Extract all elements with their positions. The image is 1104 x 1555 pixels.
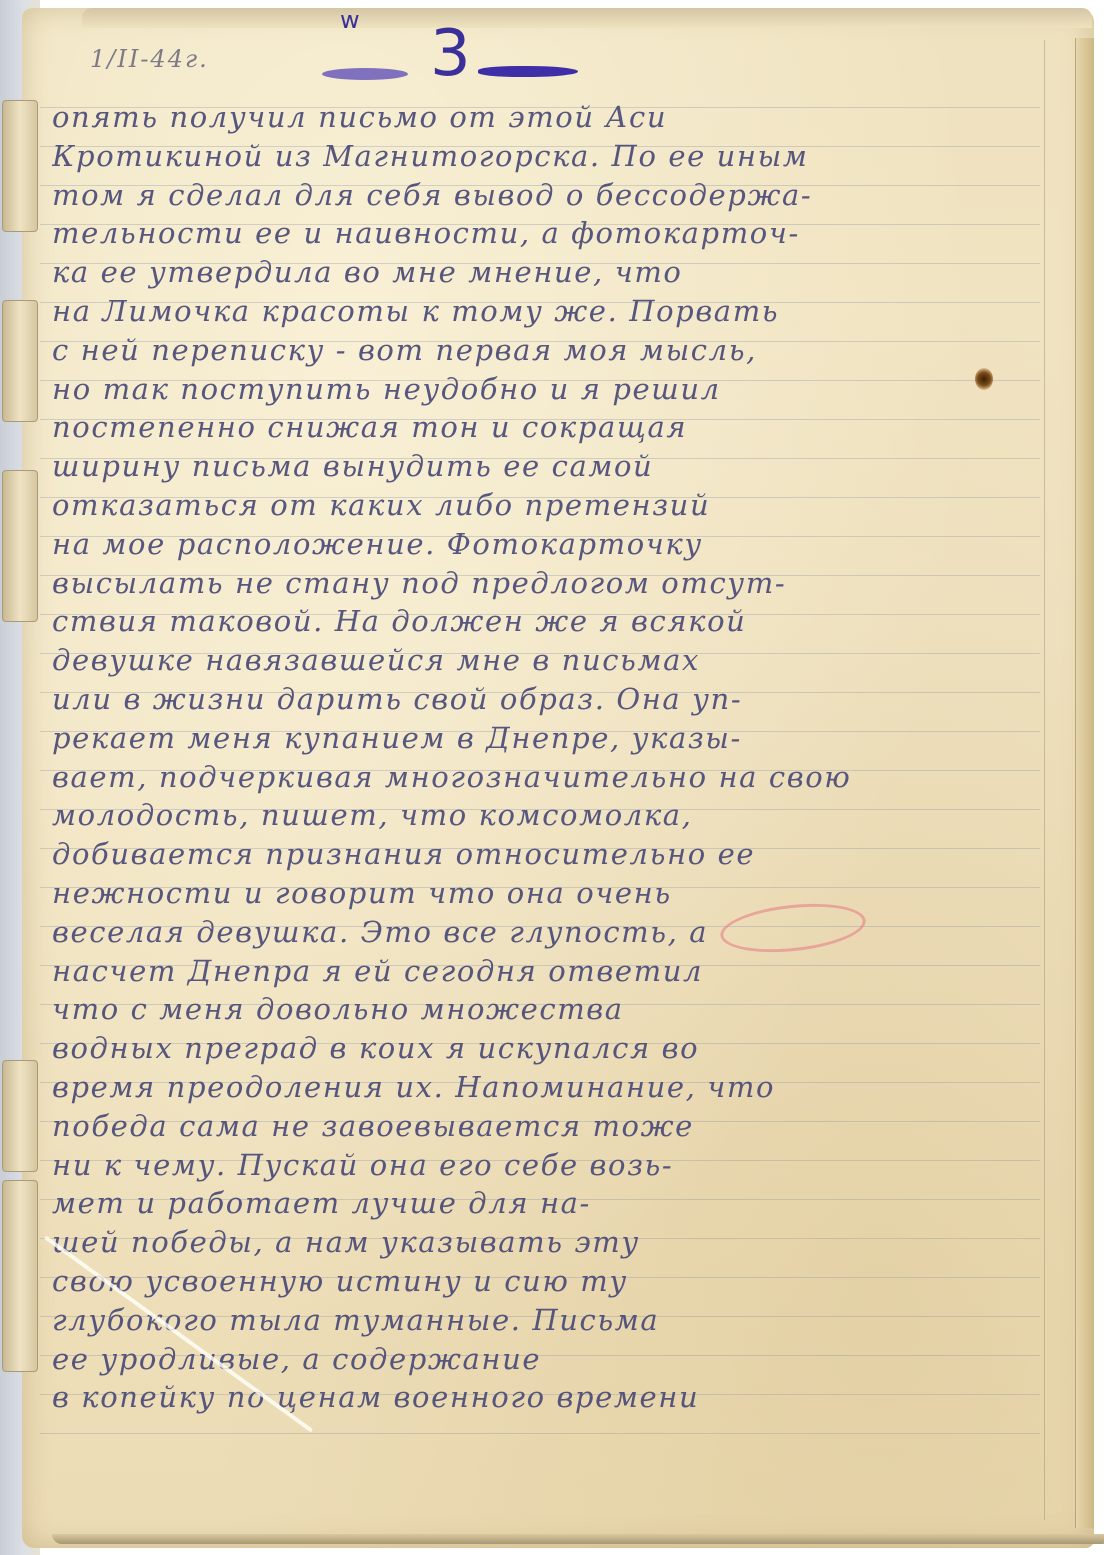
text-line: насчет Днепра я ей сегодня ответил [52,952,1052,991]
text-line: нежности и говорит что она очень [52,874,1052,913]
text-line: ширину письма вынудить ее самой [52,447,1052,486]
text-line: молодость, пишет, что комсомолка, [52,796,1052,835]
text-line: девушке навязавшейся мне в письмах [52,641,1052,680]
text-line: свою усвоенную истину и сию ту [52,1262,1052,1301]
entry-date: 1/II-44г. [90,45,209,73]
text-line: том я сделал для себя вывод о бессодержа… [52,176,1052,215]
text-line: на Лимочка красоты к тому же. Порвать [52,292,1052,331]
text-line: отказаться от каких либо претензий [52,486,1052,525]
binding-tab [2,1060,38,1172]
page-edge-right [1075,38,1094,1528]
text-line: водных преград в коих я искупался во [52,1029,1052,1068]
text-line: ее уродливые, а содержание [52,1340,1052,1379]
ink-underline-stroke [322,68,408,80]
binding-tab [2,470,38,622]
page-top-edge [82,8,1092,28]
text-line: мет и работает лучше для на- [52,1184,1052,1223]
text-line: веселая девушка. Это все глупость, а [52,913,1052,952]
text-line: тельности ее и наивности, а фотокарточ- [52,214,1052,253]
ruled-line [40,1433,1040,1434]
text-line: вает, подчеркивая многозначительно на св… [52,758,1052,797]
text-line: ни к чему. Пускай она его себе возь- [52,1146,1052,1185]
text-line: ка ее утвердила во мне мнение, что [52,253,1052,292]
page-number: 3 [430,22,471,86]
text-line: высылать не стану под предлогом отсут- [52,564,1052,603]
text-line: или в жизни дарить свой образ. Она уп- [52,680,1052,719]
text-line: время преодоления их. Напоминание, что [52,1068,1052,1107]
ink-underline-stroke [478,66,578,77]
binding-tab [2,1180,38,1372]
burn-mark [975,368,993,390]
text-line: опять получил письмо от этой Аси [52,98,1052,137]
page-mark-small: w [340,6,360,34]
binding-tab [2,300,38,422]
text-line: добивается признания относительно ее [52,835,1052,874]
page-bottom-edge [52,1534,1104,1544]
text-line: постепенно снижая тон и сокращая [52,408,1052,447]
binding-tab [2,100,38,232]
text-line: но так поступить неудобно и я решил [52,370,1052,409]
text-line: на мое расположение. Фотокарточку [52,525,1052,564]
text-line: что с меня довольно множества [52,990,1052,1029]
text-line: Кротикиной из Магнитогорска. По ее иным [52,137,1052,176]
text-line: глубокого тыла туманные. Письма [52,1301,1052,1340]
text-line: с ней переписку - вот первая моя мысль, [52,331,1052,370]
text-line: шей победы, а нам указывать эту [52,1223,1052,1262]
text-line: рекает меня купанием в Днепре, указы- [52,719,1052,758]
handwritten-text: опять получил письмо от этой Аси Кротики… [52,98,1052,1417]
text-line: ствия таковой. На должен же я всякой [52,602,1052,641]
text-line: победа сама не завоевывается тоже [52,1107,1052,1146]
text-line: в копейку по ценам военного времени [52,1378,1052,1417]
